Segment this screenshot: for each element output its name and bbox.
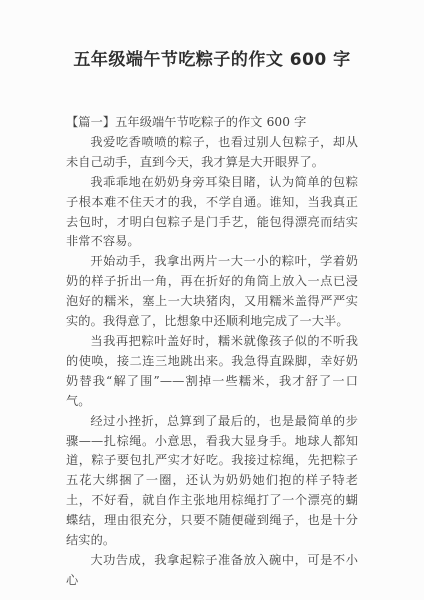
essay-paragraph: 开始动手，我拿出两片一大一小的粽叶，学着奶奶的样子折出一角，再在折好的角筒上放入… [66, 252, 358, 332]
essay-paragraph: 当我再把粽叶盖好时，糯米就像孩子似的不听我的使唤，接二连三地跳出来。我急得直跺脚… [66, 332, 358, 412]
essay-body: 【篇一】五年级端午节吃粽子的作文 600 字 我爱吃香喷喷的粽子，也看过别人包粽… [0, 113, 424, 591]
essay-paragraph: 我爱吃香喷喷的粽子，也看过别人包粽子，却从未自己动手，直到今天，我才算是大开眼界… [66, 133, 358, 173]
section-heading: 【篇一】五年级端午节吃粽子的作文 600 字 [66, 113, 358, 133]
essay-paragraph: 经过小挫折，总算到了最后的，也是最简单的步骤——扎棕绳。小意思，看我大显身手。地… [66, 412, 358, 551]
page-title: 五年级端午节吃粽子的作文 600 字 [0, 0, 424, 71]
essay-paragraph: 我乖乖地在奶奶身旁耳染目睹，认为简单的包粽子根本难不住天才的我，不学自通。谁知，… [66, 173, 358, 253]
essay-paragraph: 大功告成，我拿起粽子准备放入碗中，可是不小心 [66, 551, 358, 591]
document-page: 五年级端午节吃粽子的作文 600 字 【篇一】五年级端午节吃粽子的作文 600 … [0, 0, 424, 600]
